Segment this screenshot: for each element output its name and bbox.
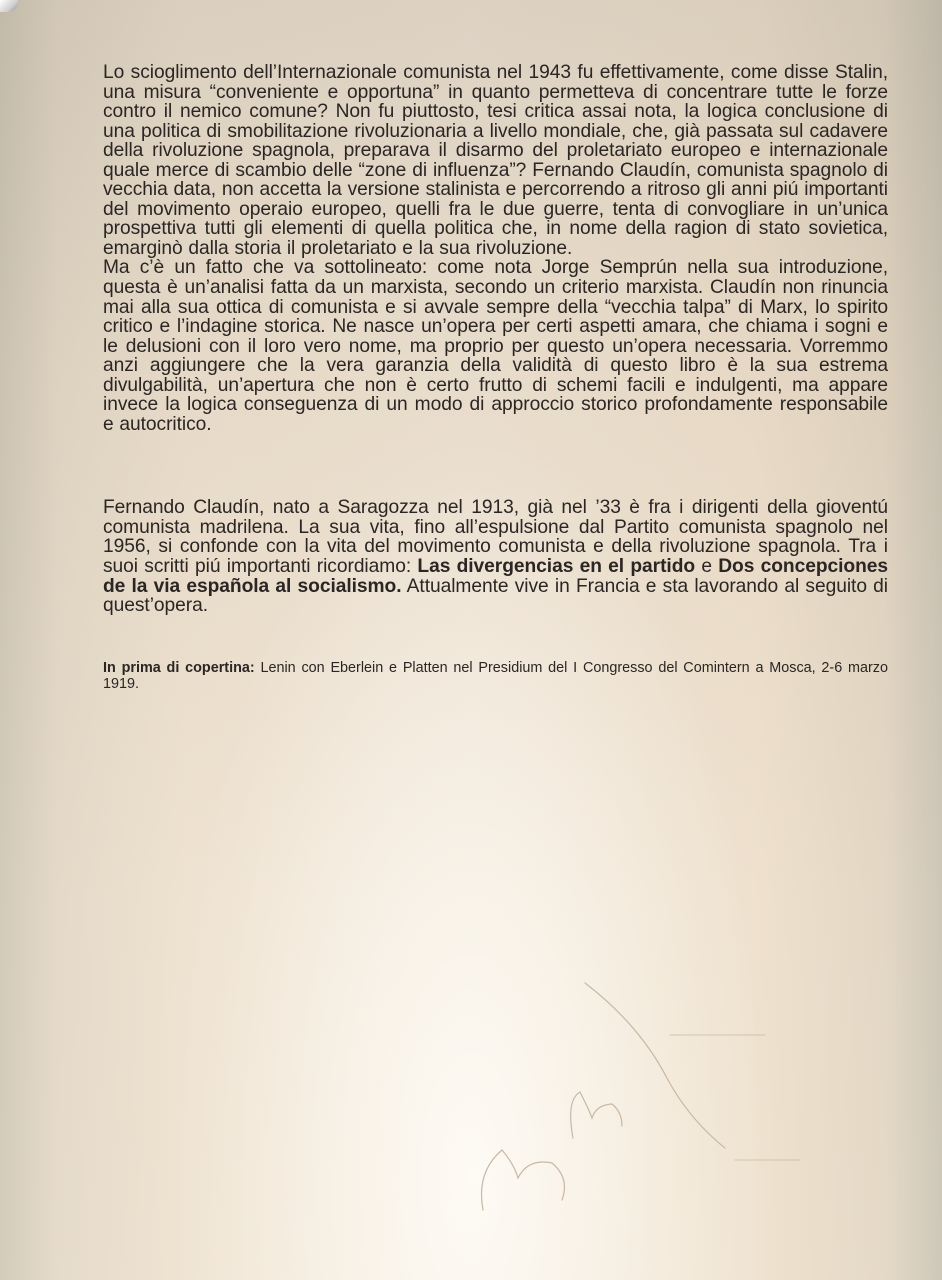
back-cover-text: Lo scioglimento dell’Internazionale comu… bbox=[103, 63, 888, 707]
blurb-paragraph-2: Ma c’è un fatto che va sottolineato: com… bbox=[103, 258, 888, 434]
book-title-1: Las divergencias en el partido bbox=[417, 556, 695, 577]
author-bio-conjunction: e bbox=[695, 556, 718, 577]
cover-credit-label: In prima di copertina: bbox=[103, 660, 255, 676]
cover-credit: In prima di copertina: Lenin con Eberlei… bbox=[103, 660, 888, 693]
blurb-paragraph-1: Lo scioglimento dell’Internazionale comu… bbox=[103, 63, 888, 258]
author-bio: Fernando Claudín, nato a Saragozza nel 1… bbox=[103, 498, 888, 615]
